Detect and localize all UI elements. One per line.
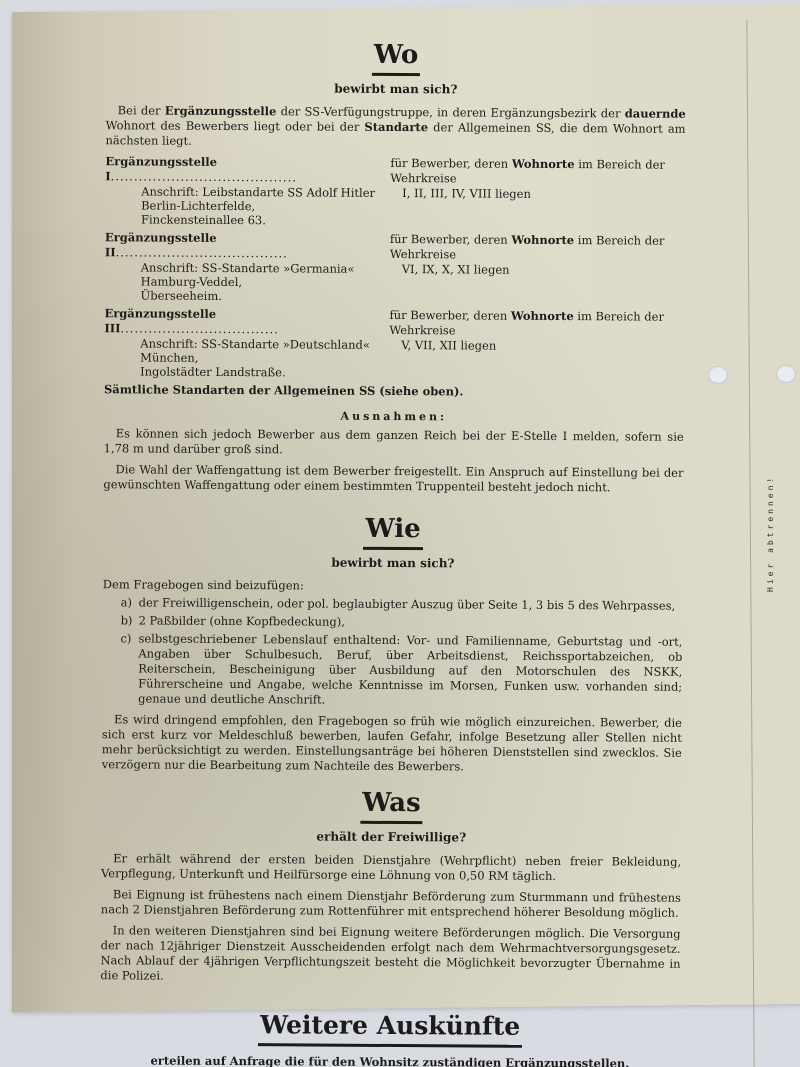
office-entry: Ergänzungsstelle III....................…	[104, 306, 684, 382]
office-entry: Ergänzungsstelle I......................…	[105, 154, 685, 230]
office-coverage: für Bewerber, deren Wohnorte im Bereich …	[390, 232, 685, 306]
section-heading-wo: Wo	[106, 38, 686, 78]
all-standards-line: Sämtliche Standarten der Allgemeinen SS …	[104, 382, 684, 401]
exception-paragraph: Es können sich jedoch Bewerber aus dem g…	[104, 426, 684, 460]
exception-paragraph: Die Wahl der Waffengattung ist dem Bewer…	[103, 462, 683, 496]
was-paragraph: In den weiteren Dienstjahren sind bei Ei…	[100, 923, 680, 987]
info-text: erteilen auf Anfrage die für den Wohnsit…	[100, 1053, 680, 1067]
list-item: c)selbstgeschriebener Lebenslauf enthalt…	[120, 631, 682, 709]
office-address: Anschrift: SS-Standarte »Deutschland« Mü…	[104, 336, 389, 380]
list-item: b)2 Paßbilder (ohne Kopfbedeckung),	[121, 613, 683, 631]
section-subheading-wie: bewirbt man sich?	[103, 554, 683, 573]
wie-note-paragraph: Es wird dringend empfohlen, den Fragebog…	[102, 712, 682, 776]
section-heading-was: Was	[101, 786, 681, 826]
tear-off-note: Hier abtrennen!	[766, 452, 786, 592]
wie-intro: Dem Fragebogen sind beizufügen:	[103, 577, 683, 596]
document-content: Wo bewirbt man sich? Bei der Ergänzungss…	[100, 38, 686, 1067]
section-subheading-wo: bewirbt man sich?	[106, 80, 686, 99]
office-address: Anschrift: SS-Standarte »Germania« Hambu…	[105, 260, 390, 304]
section-heading-wie: Wie	[103, 512, 683, 552]
exceptions-heading: Ausnahmen:	[104, 407, 684, 426]
was-paragraph: Bei Eignung ist frühestens nach einem Di…	[101, 887, 681, 921]
office-coverage: für Bewerber, deren Wohnorte im Bereich …	[389, 308, 684, 382]
section-heading-info: Weitere Auskünfte	[100, 1009, 680, 1049]
was-paragraph: Er erhält während der ersten beiden Dien…	[101, 851, 681, 885]
section-subheading-was: erhält der Freiwillige?	[101, 828, 681, 847]
office-address: Anschrift: Leibstandarte SS Adolf Hitler…	[105, 184, 390, 228]
attachments-list: a)der Freiwilligenschein, oder pol. begl…	[120, 595, 683, 709]
office-coverage: für Bewerber, deren Wohnorte im Bereich …	[390, 156, 685, 230]
punch-hole	[776, 365, 796, 383]
wo-intro-paragraph: Bei der Ergänzungsstelle der SS-Verfügun…	[105, 103, 685, 152]
office-entry: Ergänzungsstelle II.....................…	[105, 230, 685, 306]
punch-hole	[708, 366, 728, 384]
list-item: a)der Freiwilligenschein, oder pol. begl…	[121, 595, 683, 613]
